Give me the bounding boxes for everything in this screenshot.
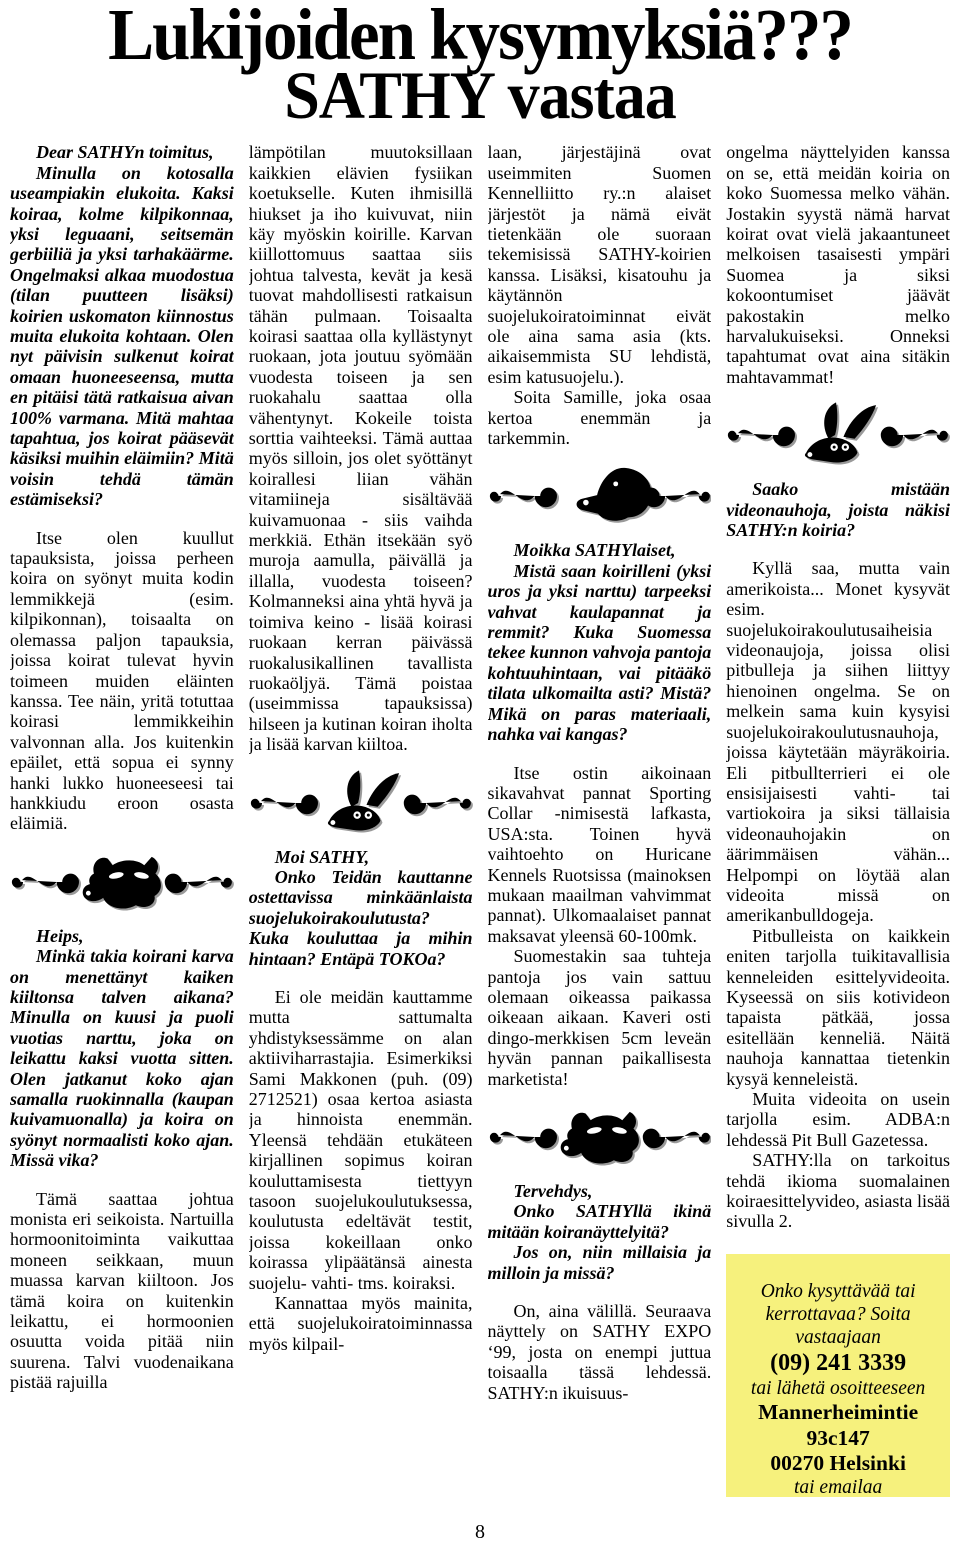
sathy-answer: On, aina välillä. Seuraava näyttely on S… [488,1301,712,1403]
contact-address-street: Mannerheimintie 93c147 [730,1400,946,1451]
question-paragraph: Saako mistään videonauhoja, joista näkis… [726,479,950,540]
sathy-answer: Tämä saattaa johtua monista eri seikoist… [10,1189,234,1393]
page-title-line2: SATHY vastaa [0,65,960,127]
question-paragraph: Onko SATHYllä ikinä mitään koiranäyttely… [488,1201,712,1242]
answer-paragraph: laan, järjestäjinä ovat useimmiten Suome… [488,142,712,387]
answer-paragraph: SATHY:lla on tarkoitus tehdä ikioma suom… [726,1150,950,1232]
contact-address-city: 00270 Helsinki [730,1451,946,1476]
answer-paragraph: Soita Samille, joka osaa kertoa enemmän … [488,387,712,448]
contact-phone-number: (09) 241 3339 [730,1349,946,1377]
reader-question: Saako mistään videonauhoja, joista näkis… [726,479,950,540]
question-paragraph: Minkä takia koirani karva on menettänyt … [10,946,234,1170]
reader-question: Dear SATHYn toimitus, Minulla on kotosal… [10,142,234,509]
dog-swirl-ornament [488,458,712,534]
answer-paragraph: Kyllä saa, mutta vain amerikoista... Mon… [726,558,950,925]
question-paragraph: Moi SATHY, [249,847,473,867]
contact-intro: Onko kysyttävää tai kerrottavaa? Soita v… [730,1280,946,1349]
answer-paragraph: Ei ole meidän kauttamme mutta sattumalta… [249,987,473,1293]
magazine-page: { "page": { "title_line1": "Lukijoiden k… [0,0,960,1552]
answer-paragraph: Itse olen kuullut tapauksista, joissa pe… [10,528,234,834]
article-columns: Dear SATHYn toimitus, Minulla on kotosal… [0,142,960,1497]
column-1: Dear SATHYn toimitus, Minulla on kotosal… [10,142,234,1497]
answer-paragraph: On, aina välillä. Seuraava näyttely on S… [488,1301,712,1403]
answer-paragraph: Muita videoita on usein tarjolla esim. A… [726,1089,950,1150]
answer-paragraph: Kannattaa myös mainita, että suojelukoir… [249,1293,473,1354]
page-number: 8 [0,1521,960,1544]
big-eared-dog-ornament-icon [726,397,950,473]
answer-paragraph: Pitbulleista on kaikkein eniten tarjolla… [726,926,950,1089]
question-paragraph: Heips, [10,926,234,946]
reader-question: Heips, Minkä takia koirani karva on mene… [10,926,234,1171]
column-3: laan, järjestäjinä ovat useimmiten Suome… [488,142,712,1497]
question-paragraph: Onko Teidän kauttanne ostettavissa minkä… [249,867,473,969]
sathy-answer: Itse ostin aikoinaan sikavahvat pannat S… [488,763,712,1090]
question-paragraph: Dear SATHYn toimitus, [10,142,234,162]
dog-swirl-ornament [488,1099,712,1175]
answer-paragraph: Itse ostin aikoinaan sikavahvat pannat S… [488,763,712,947]
question-paragraph: Minulla on kotosalla useampiakin elukoit… [10,163,234,510]
question-paragraph: Moikka SATHYlaiset, [488,540,712,560]
reader-question: Moikka SATHYlaiset, Mistä saan koirillen… [488,540,712,744]
question-paragraph: Tervehdys, [488,1181,712,1201]
contact-info-box: Onko kysyttävää tai kerrottavaa? Soita v… [726,1254,950,1498]
column-4: ongelma näyttelyiden kanssa on se, että … [726,142,950,1497]
sathy-answer-continued: ongelma näyttelyiden kanssa on se, että … [726,142,950,387]
sathy-answer-continued: lämpötilan muutoksillaan kaikkien elävie… [249,142,473,754]
question-paragraph: Mistä saan koirilleni (yksi uros ja yksi… [488,561,712,745]
column-2: lämpötilan muutoksillaan kaikkien elävie… [249,142,473,1497]
pitbull-dog-ornament-icon [10,844,234,920]
reader-question: Moi SATHY, Onko Teidän kauttanne ostetta… [249,847,473,969]
dog-swirl-ornament [249,765,473,841]
pitbull-dog-ornament-icon [488,1099,712,1175]
labrador-dog-ornament-icon [488,458,712,534]
sathy-answer: Ei ole meidän kauttamme mutta sattumalta… [249,987,473,1354]
question-paragraph: Jos on, niin millaisia ja milloin ja mis… [488,1242,712,1283]
contact-email-intro: tai emailaa [730,1476,946,1497]
contact-mail-intro: tai lähetä osoitteeseen [730,1377,946,1400]
answer-paragraph: Suomestakin saa tuhteja pantoja jos vain… [488,946,712,1089]
reader-question: Tervehdys, Onko SATHYllä ikinä mitään ko… [488,1181,712,1283]
big-eared-dog-ornament-icon [249,765,473,841]
sathy-answer: Itse olen kuullut tapauksista, joissa pe… [10,528,234,834]
dog-swirl-ornament [10,844,234,920]
masthead: Lukijoiden kysymyksiä??? SATHY vastaa [0,0,960,124]
answer-paragraph: Tämä saattaa johtua monista eri seikoist… [10,1189,234,1393]
dog-swirl-ornament [726,397,950,473]
sathy-answer-continued: laan, järjestäjinä ovat useimmiten Suome… [488,142,712,448]
answer-paragraph: ongelma näyttelyiden kanssa on se, että … [726,142,950,387]
sathy-answer: Kyllä saa, mutta vain amerikoista... Mon… [726,558,950,1231]
answer-paragraph: lämpötilan muutoksillaan kaikkien elävie… [249,142,473,754]
